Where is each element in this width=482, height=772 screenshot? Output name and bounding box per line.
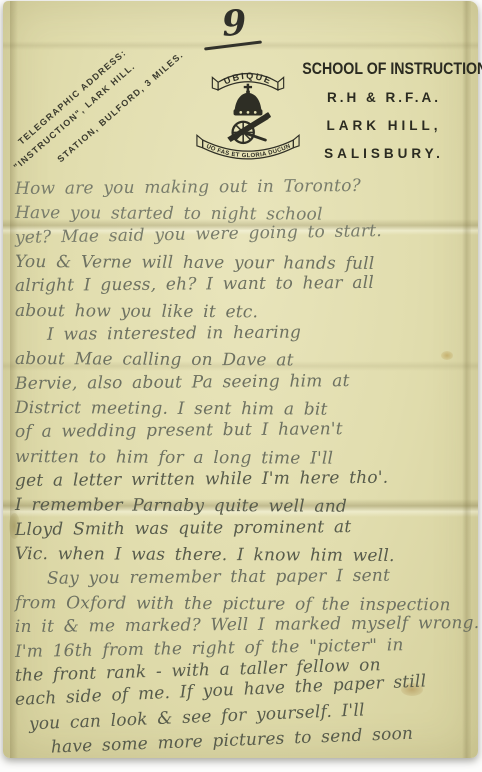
school-name: SCHOOL OF INSTRUCTION, [302,60,465,89]
school-city: SALISBURY. [289,145,479,173]
handwritten-line: How are you making out in Toronto? [15,173,477,201]
handwritten-line: Bervie, also about Pa seeing him at [15,368,477,396]
handwritten-line: Say you remember that paper I sent [15,562,477,590]
handwritten-line: of a wedding present but I haven't [15,416,477,444]
regiment-name: R.H & R.F.A. [289,89,479,117]
letter-page: 9 TELEGRAPHIC ADDRESS: "INSTRUCTION", LA… [3,1,478,758]
letter-body: How are you making out in Toronto? Have … [15,177,477,761]
royal-artillery-crest-icon: UBIQUE QUO FAS ET GLORIA DUCUNT [195,58,301,172]
school-location: LARK HILL, [289,117,479,145]
school-address: SCHOOL OF INSTRUCTION, R.H & R.F.A. LARK… [289,60,479,173]
handwritten-line: I was interested in hearing [15,319,477,347]
handwritten-line: Lloyd Smith was quite prominent at [15,514,477,542]
page-number: 9 [221,2,248,45]
telegraphic-address-value: "INSTRUCTION", LARK HILL. [10,22,182,174]
handwritten-line: alright I guess, eh? I want to hear all [15,270,477,298]
handwritten-line: get a letter written while I'm here tho'… [15,465,477,493]
telegraphic-address: TELEGRAPHIC ADDRESS: "INSTRUCTION", LARK… [0,10,197,192]
